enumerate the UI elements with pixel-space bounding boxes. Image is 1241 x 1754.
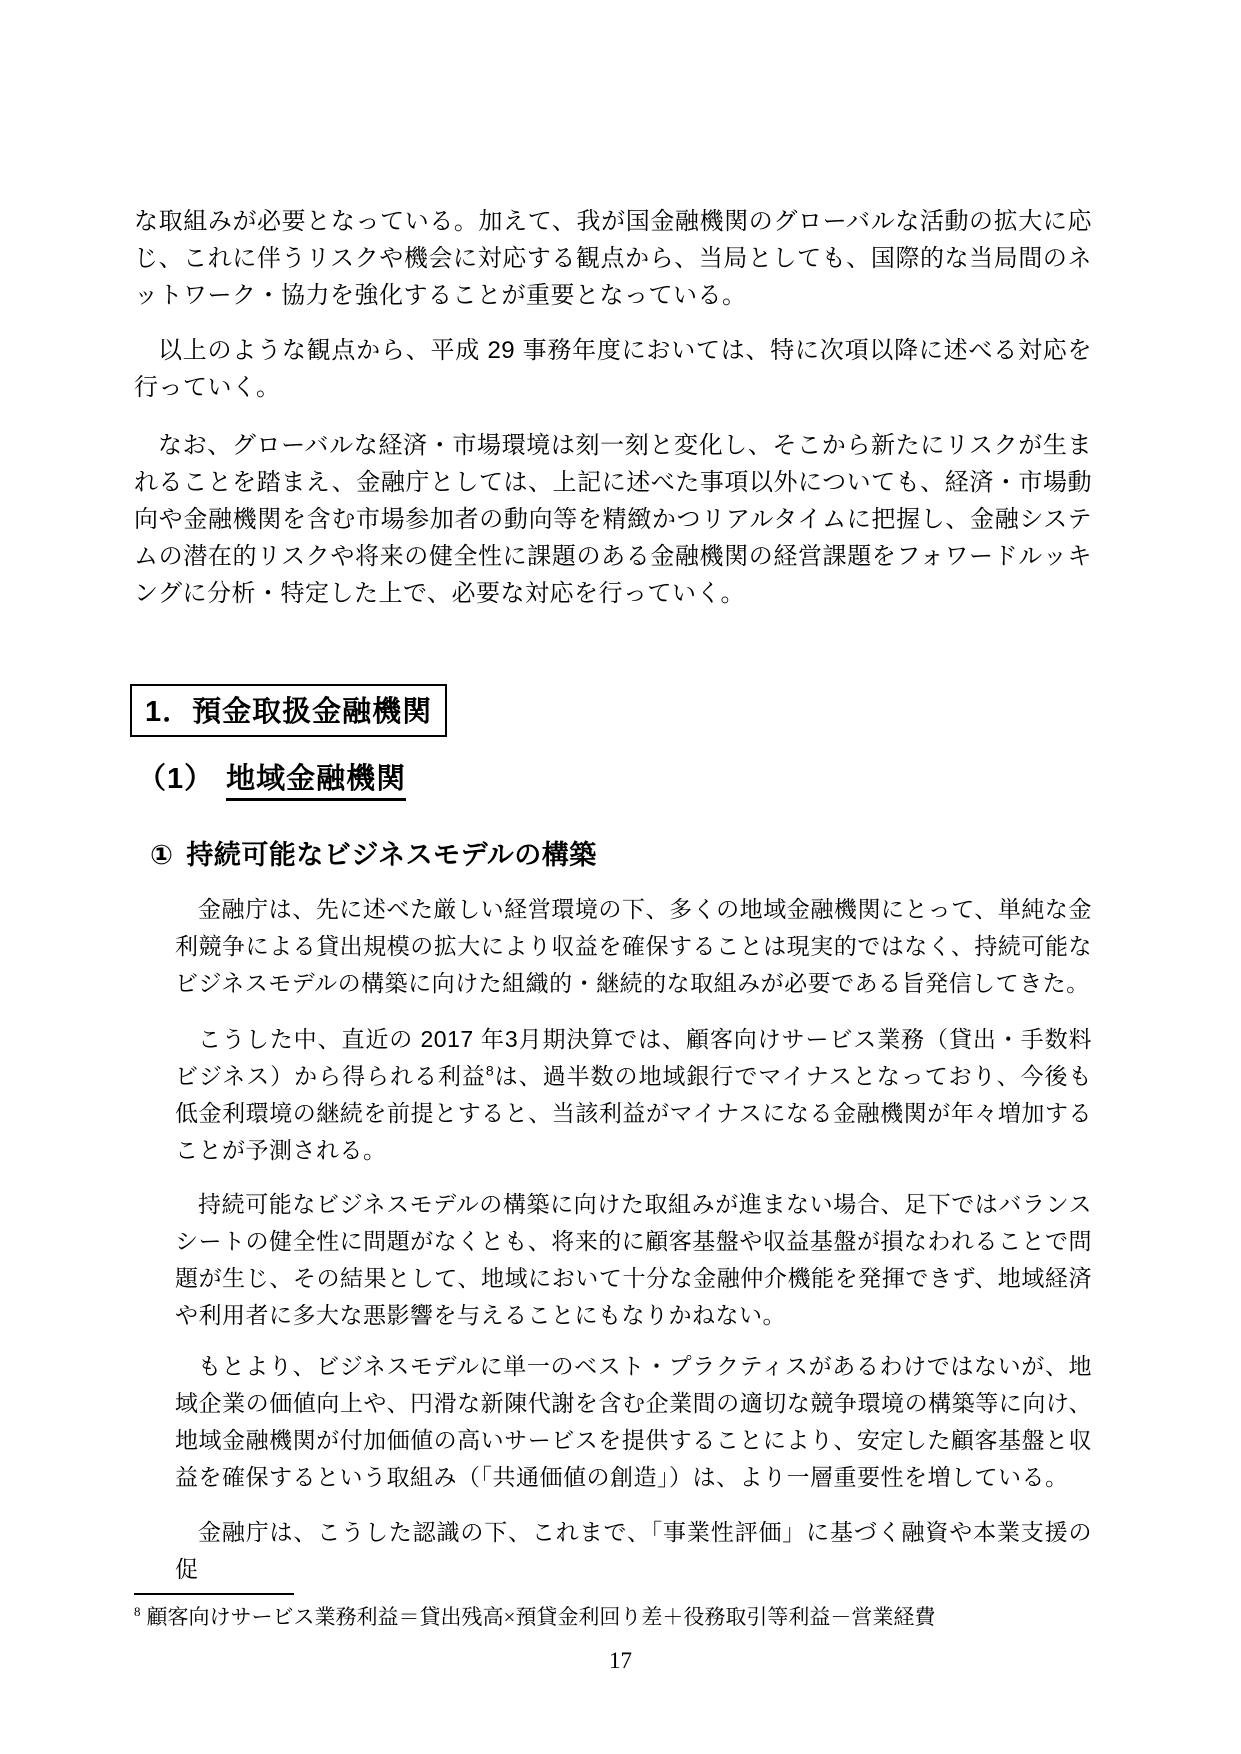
document-page: な取組みが必要となっている。加えて、我が国金融機関のグローバルな活動の拡大に応じ… bbox=[0, 0, 1241, 1754]
intro-paragraph-2: 以上のような観点から、平成 29 事務年度においては、特に次項以降に述べる対応を… bbox=[134, 332, 1092, 406]
body-paragraph-3: 持続可能なビジネスモデルの構築に向けた取組みが進まない場合、足下ではバランスシー… bbox=[175, 1186, 1092, 1334]
footnote-rule bbox=[134, 1593, 294, 1595]
intro-paragraph-1: な取組みが必要となっている。加えて、我が国金融機関のグローバルな活動の拡大に応じ… bbox=[134, 203, 1092, 314]
footnote-8: 8顧客向けサービス業務利益＝貸出残高×預貸金利回り差＋役務取引等利益－営業経費 bbox=[134, 1602, 1092, 1632]
item-1-marker: ① bbox=[150, 840, 173, 870]
body-paragraph-1: 金融庁は、先に述べた厳しい経営環境の下、多くの地域金融機関にとって、単純な金利競… bbox=[175, 891, 1092, 1002]
subsection-1-title: 地域金融機関 bbox=[226, 763, 406, 801]
item-1-heading: ①持続可能なビジネスモデルの構築 bbox=[150, 833, 597, 872]
intro-paragraph-3: なお、グローバルな経済・市場環境は刻一刻と変化し、そこから新たにリスクが生まれる… bbox=[134, 427, 1092, 612]
body-paragraph-2: こうした中、直近の 2017 年3月期決算では、顧客向けサービス業務（貸出・手数… bbox=[175, 1021, 1092, 1169]
item-1-title: 持続可能なビジネスモデルの構築 bbox=[186, 840, 596, 870]
subsection-1-number: （1） bbox=[137, 763, 214, 795]
page-number: 17 bbox=[0, 1648, 1241, 1674]
body-paragraph-4: もとより、ビジネスモデルに単一のベスト・プラクティスがあるわけではないが、地域企… bbox=[175, 1348, 1092, 1496]
footnote-8-marker: 8 bbox=[134, 1604, 141, 1619]
footnote-8-text: 顧客向けサービス業務利益＝貸出残高×預貸金利回り差＋役務取引等利益－営業経費 bbox=[147, 1605, 936, 1629]
body-paragraph-5: 金融庁は、こうした認識の下、これまで、「事業性評価」に基づく融資や本業支援の促 bbox=[175, 1514, 1092, 1588]
section-1-boxed-heading: 1．預金取扱金融機関 bbox=[130, 684, 447, 737]
subsection-1-heading: （1）地域金融機関 bbox=[137, 756, 406, 797]
footnote-reference-8: 8 bbox=[486, 1062, 494, 1078]
